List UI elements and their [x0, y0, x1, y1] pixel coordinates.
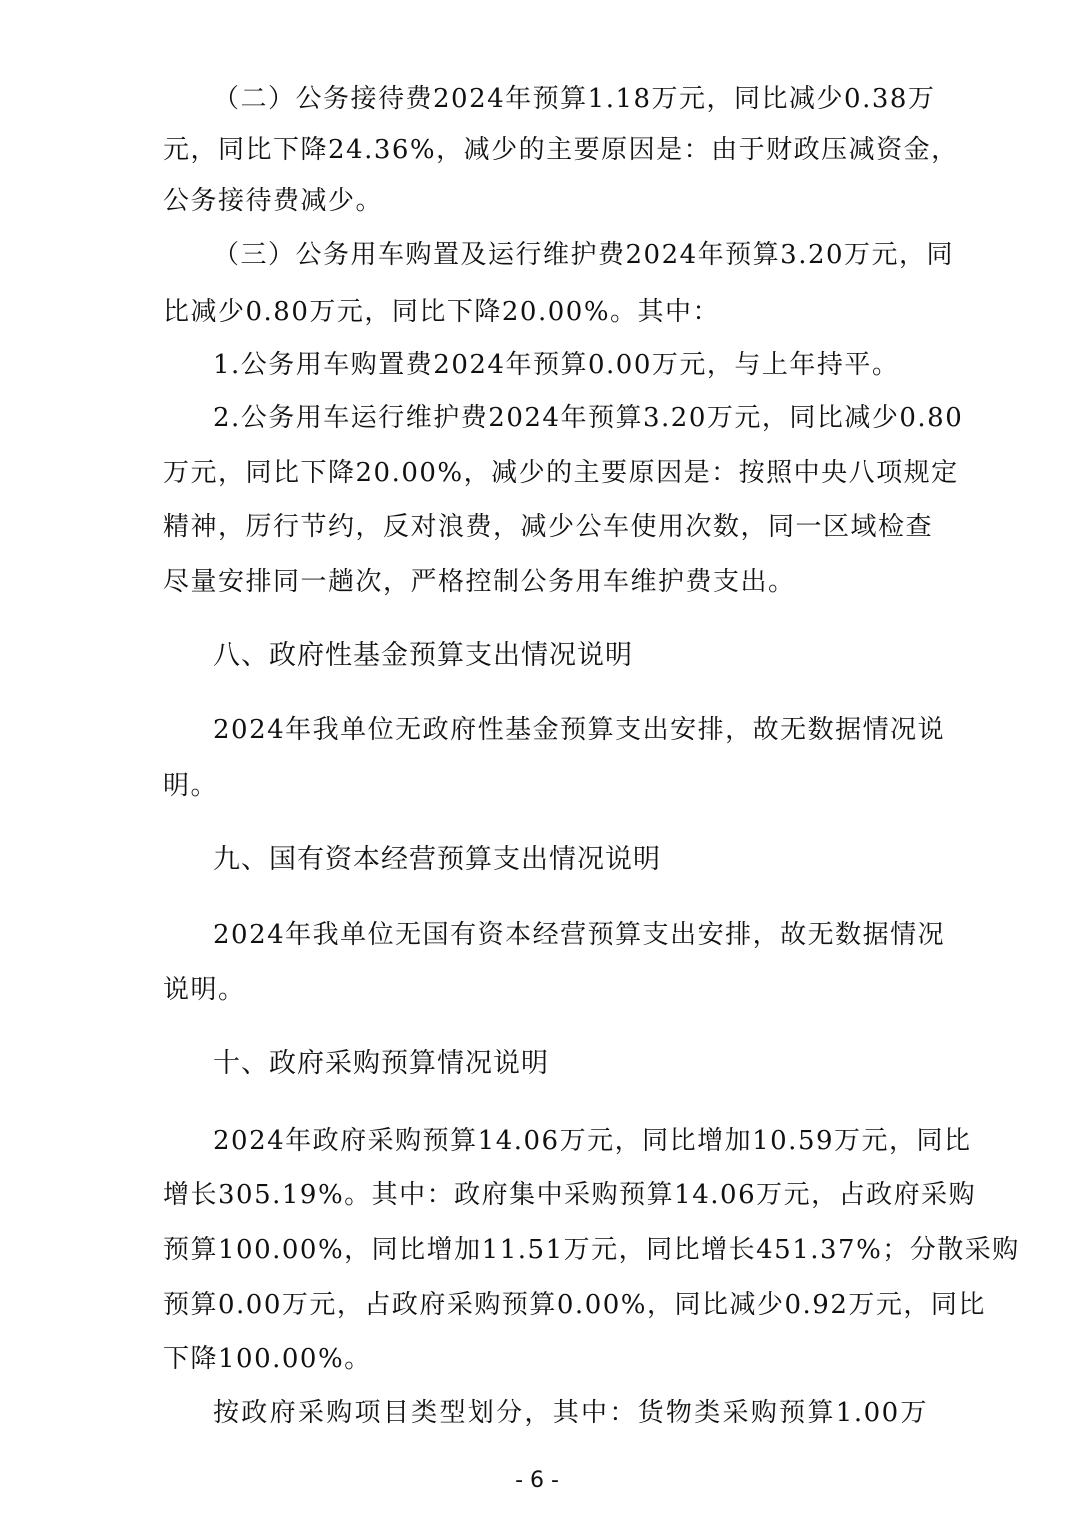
paragraph-line: 预算100.00%，同比增加11.51万元，同比增长451.37%；分散采购	[163, 1233, 928, 1267]
paragraph-line: 2024年我单位无政府性基金预算支出安排，故无数据情况说	[213, 713, 928, 747]
paragraph-line: 增长305.19%。其中：政府集中采购预算14.06万元，占政府采购	[163, 1178, 928, 1212]
paragraph-line: 1.公务用车购置费2024年预算0.00万元，与上年持平。	[213, 348, 928, 382]
page-number: - 6 -	[0, 1468, 1074, 1494]
paragraph-line: 明。	[163, 769, 928, 803]
paragraph-line: 万元，同比下降20.00%，减少的主要原因是：按照中央八项规定	[163, 456, 928, 490]
paragraph-line: （三）公务用车购置及运行维护费2024年预算3.20万元，同	[213, 238, 928, 272]
paragraph-line: 公务接待费减少。	[163, 184, 928, 218]
paragraph-line: 2024年我单位无国有资本经营预算支出安排，故无数据情况	[213, 918, 928, 952]
paragraph-line: 元，同比下降24.36%，减少的主要原因是：由于财政压减资金，	[163, 133, 928, 167]
section-heading-8: 八、政府性基金预算支出情况说明	[213, 639, 633, 673]
paragraph-line: 预算0.00万元，占政府采购预算0.00%，同比减少0.92万元，同比	[163, 1288, 928, 1322]
paragraph-line: 精神，厉行节约，反对浪费，减少公车使用次数，同一区域检查	[163, 510, 928, 544]
paragraph-line: 说明。	[163, 973, 928, 1007]
paragraph-line: 尽量安排同一趟次，严格控制公务用车维护费支出。	[163, 565, 928, 599]
paragraph-line: 下降100.00%。	[163, 1342, 928, 1376]
paragraph-line: 按政府采购项目类型划分，其中：货物类采购预算1.00万	[213, 1396, 928, 1430]
paragraph-line: 2.公务用车运行维护费2024年预算3.20万元，同比减少0.80	[213, 401, 928, 435]
document-page: （二）公务接待费2024年预算1.18万元，同比减少0.38万 元，同比下降24…	[0, 0, 1074, 1520]
paragraph-line: 2024年政府采购预算14.06万元，同比增加10.59万元，同比	[213, 1124, 928, 1158]
section-heading-9: 九、国有资本经营预算支出情况说明	[213, 843, 661, 877]
paragraph-line: （二）公务接待费2024年预算1.18万元，同比减少0.38万	[213, 82, 928, 116]
section-heading-10: 十、政府采购预算情况说明	[213, 1047, 549, 1081]
paragraph-line: 比减少0.80万元，同比下降20.00%。其中：	[163, 295, 928, 329]
